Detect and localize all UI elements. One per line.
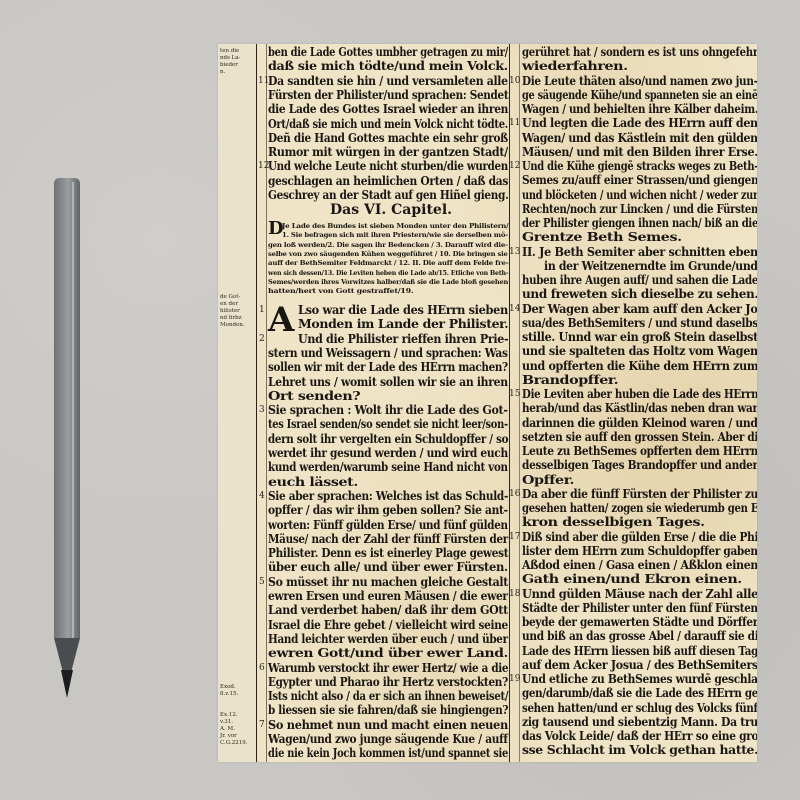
- text-line: Israel die Ehre gebet / vielleicht wird …: [268, 617, 508, 632]
- text-line: Wagen/und zwo junge säugende Kue / auff: [268, 731, 508, 746]
- text-line: Rechten/noch zur Lincken / und die Fürst…: [522, 201, 757, 216]
- text-line: b liessen sie sie fahren/daß sie hingien…: [268, 702, 508, 717]
- text-line: auf dem Acker Josua / des BethSemiters: [522, 657, 757, 672]
- verse-number: 11: [509, 118, 520, 128]
- chapter-summary-line: Semes/werden ihres Vorwitzes halber/daß …: [268, 278, 508, 287]
- margin-note-line: Jr. vor: [220, 733, 254, 740]
- text-line: Da aber die fünff Fürsten der Philister …: [522, 486, 757, 501]
- verse-number: 13: [509, 247, 520, 257]
- text-line: Leute zu BethSemes opfferten dem HErrn: [522, 443, 757, 458]
- text-line: Wagen / und behielten ihre Kälber daheim…: [522, 101, 757, 116]
- margin-note-line: nd firbz: [220, 315, 254, 322]
- text-line: worten: Fünff gülden Erse/ und fünf güld…: [268, 517, 508, 532]
- text-line: Und die Kühe giengē stracks weges zu Bet…: [522, 158, 757, 173]
- verse-number: 18: [509, 589, 520, 599]
- text-line: Die Leute thäten also/und namen zwo jun-: [522, 73, 757, 88]
- margin-note-line: v.31.: [220, 719, 254, 726]
- margin-rule-left: [256, 44, 257, 762]
- bible-page: ben die Lade Gottes umbher getragen zu m…: [218, 44, 757, 762]
- text-line: gesehen hatten/ zogen sie wiederumb gen …: [522, 500, 757, 515]
- text-line: ben die Lade Gottes umbher getragen zu m…: [268, 44, 508, 59]
- chapter-summary-line: wen sich dessen/13. Die Leviten heben di…: [268, 269, 508, 278]
- text-line: kron desselbigen Tages.: [522, 514, 705, 529]
- verse-number: 12: [509, 161, 520, 171]
- margin-note-line: A. M.: [220, 726, 254, 733]
- text-line: zig tausend und siebentzig Mann. Da tru: [522, 714, 757, 729]
- verse-number: 2: [259, 334, 265, 344]
- text-line: Diß sind aber die gülden Erse / die die …: [522, 529, 757, 544]
- text-line: euch lässet.: [268, 474, 358, 489]
- verse-number: 19: [509, 674, 520, 684]
- verse-number: 15: [509, 389, 520, 399]
- text-line: Monden im Lande der Philister.: [298, 316, 508, 331]
- margin-note-line: C.G.2219.: [220, 740, 254, 747]
- text-line: Der Wagen aber kam auff den Acker Jo: [522, 301, 757, 316]
- verse-number: 7: [259, 720, 265, 730]
- text-line: Brandopffer.: [522, 372, 618, 387]
- margin-note-line: de Got-: [220, 294, 254, 301]
- chapter-summary-line: selbe von zwo säugenden Kühen weggeführe…: [268, 250, 508, 259]
- text-line: und blöcketen / und wichen nicht / weder…: [522, 187, 757, 202]
- text-line: Ort/daß sie mich und mein Volck nicht tö…: [268, 116, 508, 131]
- text-line: sse Schlacht im Volck gethan hatte.: [522, 742, 757, 757]
- text-line: wiederfahren.: [522, 58, 628, 73]
- text-line: Fürsten der Philister/und sprachen: Send…: [268, 87, 508, 102]
- verse-number: 4: [259, 491, 265, 501]
- margin-note-exod2: Ex.12.v.31.A. M.Jr. vorC.G.2219.: [220, 712, 254, 747]
- margin-note-line: bieder: [220, 62, 254, 69]
- text-line: II. Je Beth Semiter aber schnitten eben: [522, 244, 757, 259]
- margin-note-line: Ex.12.: [220, 712, 254, 719]
- text-line: Da sandten sie hin / und versamleten all…: [268, 73, 508, 88]
- text-line: Geschrey an der Stadt auf gen Hiñel gien…: [268, 187, 508, 202]
- chapter-summary-line: hatten/hert von Gott gestraffet/19.: [268, 287, 413, 296]
- margin-note-line: ten die: [220, 48, 254, 55]
- text-line: lister dem HErrn zum Schuldopffer gaben: [522, 543, 757, 558]
- text-line: Und legten die Lade des HErrn auff den: [522, 115, 757, 130]
- text-line: Ists nicht also / da er sich an ihnen be…: [268, 688, 508, 703]
- text-line: sehen hatten/und er schlug des Volcks fü…: [522, 700, 757, 715]
- text-line: Mäusen/ und mit den Bilden ihrer Erse.: [522, 144, 757, 159]
- text-line: herab/und das Kästlin/das neben dran war: [522, 400, 757, 415]
- margin-note-line: Monden.: [220, 322, 254, 329]
- column-divider-rule: [509, 44, 510, 762]
- verse-number: 16: [509, 489, 520, 499]
- text-line: werdet ihr gesund werden / und wird euch: [268, 445, 508, 460]
- text-line: darinnen die gülden Kleinod waren / und: [522, 415, 757, 430]
- margin-note-top: ten diends La-biedern.: [220, 48, 254, 76]
- margin-note-line: 8.v.15.: [220, 691, 254, 698]
- text-line: und sie spalteten das Holtz vom Wagen: [522, 343, 757, 358]
- text-line: und opfferten die Kühe dem HErrn zum: [522, 358, 757, 373]
- text-line: Die Leviten aber huben die Lade des HErr…: [522, 386, 757, 401]
- text-line: ewren Ersen und euren Mäusen / die ewer: [268, 588, 508, 603]
- text-line: Sie aber sprachen: Welches ist das Schul…: [268, 488, 508, 503]
- verse-number: 3: [259, 405, 265, 415]
- verse-number: 12: [258, 161, 269, 171]
- chapter-summary-line: 1. Sie befragen sich mit ihren Priestern…: [282, 231, 508, 240]
- text-line: ewren Gott/und über ewer Land.: [268, 645, 508, 660]
- chapter-heading: Das VI. Capitel.: [330, 202, 452, 218]
- text-line: Grentze Beth Semes.: [522, 229, 682, 244]
- margin-note-exod1: Exod.8.v.15.: [220, 684, 254, 698]
- text-line: stille. Unnd war ein groß Stein daselbst: [522, 329, 757, 344]
- text-line: die Lade des Gottes Israel wieder an ihr…: [268, 101, 508, 116]
- text-line: Städte der Philister unter den fünf Fürs…: [522, 600, 757, 615]
- verse-number-rule: [266, 44, 267, 762]
- text-line: Und die Philister rieffen ihren Prie-: [298, 331, 508, 346]
- text-line: Philister. Denn es ist einerley Plage ge…: [268, 545, 508, 560]
- text-line: Land verderbet haben/ daß ihr dem GOtt: [268, 602, 508, 617]
- text-line: und biß an das grosse Abel / darauff sie…: [522, 628, 757, 643]
- text-line: setzten sie auff den grossen Stein. Aber…: [522, 429, 757, 444]
- text-line: die nie kein Joch kommen ist/und spannet…: [268, 745, 508, 760]
- text-line: Und etliche zu BethSemes wurdē geschla: [522, 671, 757, 686]
- text-line: gerühret hat / sondern es ist uns ohngef…: [522, 44, 757, 59]
- margin-note-line: hilister: [220, 308, 254, 315]
- verse-number: 14: [509, 304, 520, 314]
- text-line: sua/des BethSemiters / und stund daselbs: [522, 315, 757, 330]
- margin-note-line: Exod.: [220, 684, 254, 691]
- verse-number: 6: [259, 663, 265, 673]
- text-line: stern und Weissagern / und sprachen: Was: [268, 345, 508, 360]
- text-line: Egypter und Pharao ihr Hertz verstockten…: [268, 674, 508, 689]
- text-line: huben ihre Augen auff/ und sahen die Lad…: [522, 272, 757, 287]
- text-line: der Philister giengen ihnen nach/ biß an…: [522, 215, 757, 230]
- chapter-summary-line: auff der BethSemiter Feldmarckt / 12. II…: [268, 259, 508, 268]
- text-line: ge säugende Kühe/und spanneten sie an ei…: [522, 87, 757, 102]
- margin-note-line: en der: [220, 301, 254, 308]
- text-line: Warumb verstockt ihr ewer Hertz/ wie a d…: [268, 660, 508, 675]
- pencil-lead-tip: [61, 670, 73, 698]
- text-line: Sie sprachen : Wolt ihr die Lade des Got…: [268, 402, 508, 417]
- text-line: das Volck Leide/ daß der HErr so eine gr…: [522, 728, 757, 743]
- text-line: Und welche Leute nicht sturben/die wurde…: [268, 158, 508, 173]
- verse-number: 10: [509, 76, 520, 86]
- text-line: Wagen/ und das Kästlein mit den gülden: [522, 130, 757, 145]
- pencil: [54, 178, 80, 638]
- text-line: sollen wir mit der Lade des HErrn machen…: [268, 359, 508, 374]
- text-line: Lso war die Lade des HErrn sieben: [298, 302, 508, 317]
- text-line: über euch alle/ und über ewer Fürsten.: [268, 559, 508, 574]
- text-line: Opffer.: [522, 472, 574, 487]
- decorated-initial-a: A: [268, 300, 294, 340]
- margin-note-line: nds La-: [220, 55, 254, 62]
- text-line: Deñ die Hand Gottes machte ein sehr groß: [268, 130, 508, 145]
- text-line: Hand leichter werden über euch / und übe…: [268, 631, 508, 646]
- text-line: tes Israel senden/so sendet sie nicht le…: [268, 416, 508, 431]
- right-verse-rule: [519, 44, 520, 762]
- text-line: So müsset ihr nu machen gleiche Gestalt: [268, 574, 508, 589]
- text-line: Unnd gülden Mäuse nach der Zahl alle: [522, 586, 757, 601]
- margin-note-line: n.: [220, 69, 254, 76]
- text-line: Rumor mit würgen in der gantzen Stadt/: [268, 144, 508, 159]
- text-line: und freweten sich dieselbe zu sehen.: [522, 286, 757, 301]
- text-line: geschlagen an heimlichen Orten / daß das: [268, 173, 508, 188]
- text-line: Semes zu/auff einer Strassen/und giengen: [522, 172, 757, 187]
- text-line: Lade des HErrn liessen biß auff diesen T…: [522, 643, 757, 658]
- text-line: Aßdod einen / Gasa einen / Aßklon einen: [522, 557, 757, 572]
- text-line: beyde der gemawerten Städte und Dörffer: [522, 614, 757, 629]
- verse-number: 17: [509, 532, 520, 542]
- text-line: daß sie mich tödte/und mein Volck.: [268, 58, 508, 73]
- text-line: kund werden/warumb seine Hand nicht von: [268, 459, 508, 474]
- text-line: in der Weitzenerndte im Grunde/und: [544, 258, 757, 273]
- text-line: gen/darumb/daß sie die Lade des HErrn ge: [522, 685, 757, 700]
- text-line: So nehmet nun und macht einen neuen: [268, 717, 508, 732]
- chapter-summary-line: gen loß werden/2. Die sagen ihr Bedencke…: [268, 241, 508, 250]
- margin-note-middle: de Got-en derhilisternd firbzMonden.: [220, 294, 254, 329]
- text-line: Lehret uns / womit sollen wir sie an ihr…: [268, 374, 508, 389]
- chapter-summary-line: Je Lade des Bundes ist sieben Monden unt…: [282, 222, 508, 231]
- verse-number: 5: [259, 577, 265, 587]
- text-line: Gath einen/und Ekron einen.: [522, 571, 742, 586]
- text-line: opffer / das wir ihm geben sollen? Sie a…: [268, 502, 508, 517]
- text-line: desselbigen Tages Brandopffer und ander: [522, 457, 757, 472]
- text-line: Ort senden?: [268, 388, 360, 403]
- text-line: dern solt ihr vergelten ein Schuldopffer…: [268, 431, 508, 446]
- text-line: Mäuse/ nach der Zahl der fünff Fürsten d…: [268, 531, 508, 546]
- pencil-highlight: [72, 182, 74, 652]
- verse-number: 1: [259, 305, 265, 315]
- verse-number: 11: [258, 76, 269, 86]
